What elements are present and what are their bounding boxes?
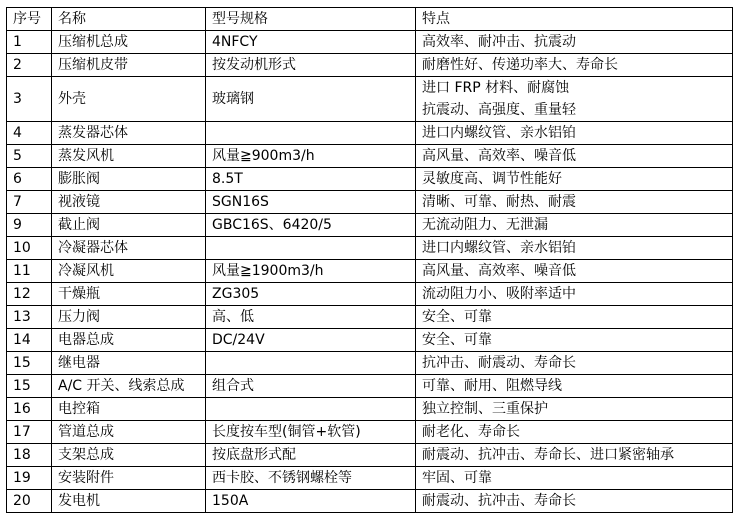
cell-no: 3 [7, 77, 52, 122]
cell-name: 电控箱 [52, 398, 206, 421]
table-row: 20发电机150A耐震动、抗冲击、寿命长 [7, 490, 733, 513]
feature-line: 可靠、耐用、阻燃导线 [422, 375, 728, 397]
column-header-no: 序号 [7, 8, 52, 31]
table-row: 1压缩机总成4NFCY高效率、耐冲击、抗震动 [7, 31, 733, 54]
cell-features: 进口 FRP 材料、耐腐蚀抗震动、高强度、重量轻 [416, 77, 733, 122]
cell-no: 4 [7, 122, 52, 145]
table-row: 19安装附件西卡胶、不锈钢螺栓等牢固、可靠 [7, 467, 733, 490]
feature-line: 进口内螺纹管、亲水铝铂 [422, 122, 728, 144]
table-row: 7视液镜SGN16S清晰、可靠、耐热、耐震 [7, 191, 733, 214]
cell-no: 2 [7, 54, 52, 77]
table-row: 15A/C 开关、线索总成组合式可靠、耐用、阻燃导线 [7, 375, 733, 398]
cell-spec [206, 237, 416, 260]
cell-no: 6 [7, 168, 52, 191]
cell-features: 清晰、可靠、耐热、耐震 [416, 191, 733, 214]
cell-features: 耐震动、抗冲击、寿命长、进口紧密轴承 [416, 444, 733, 467]
feature-line: 耐震动、抗冲击、寿命长、进口紧密轴承 [422, 444, 728, 466]
cell-features: 流动阻力小、吸附率适中 [416, 283, 733, 306]
cell-name: 蒸发器芯体 [52, 122, 206, 145]
parts-spec-document: 序号 名称 型号规格 特点 1压缩机总成4NFCY高效率、耐冲击、抗震动2压缩机… [6, 7, 733, 513]
column-header-spec: 型号规格 [206, 8, 416, 31]
feature-line: 耐老化、寿命长 [422, 421, 728, 443]
cell-name: 压力阀 [52, 306, 206, 329]
cell-spec: 组合式 [206, 375, 416, 398]
cell-no: 12 [7, 283, 52, 306]
cell-spec: 4NFCY [206, 31, 416, 54]
cell-no: 20 [7, 490, 52, 513]
table-row: 14电器总成DC/24V安全、可靠 [7, 329, 733, 352]
table-row: 5蒸发风机风量≧900m3/h高风量、高效率、噪音低 [7, 145, 733, 168]
cell-name: 冷凝器芯体 [52, 237, 206, 260]
feature-line: 进口内螺纹管、亲水铝铂 [422, 237, 728, 259]
cell-spec: GBC16S、6420/5 [206, 214, 416, 237]
feature-line: 独立控制、三重保护 [422, 398, 728, 420]
cell-features: 耐磨性好、传递功率大、寿命长 [416, 54, 733, 77]
cell-no: 5 [7, 145, 52, 168]
cell-features: 高效率、耐冲击、抗震动 [416, 31, 733, 54]
feature-line: 牢固、可靠 [422, 467, 728, 489]
feature-line: 安全、可靠 [422, 306, 728, 328]
cell-name: 发电机 [52, 490, 206, 513]
feature-line: 高风量、高效率、噪音低 [422, 260, 728, 282]
cell-spec [206, 352, 416, 375]
cell-features: 进口内螺纹管、亲水铝铂 [416, 122, 733, 145]
cell-features: 高风量、高效率、噪音低 [416, 145, 733, 168]
table-row: 2压缩机皮带按发动机形式耐磨性好、传递功率大、寿命长 [7, 54, 733, 77]
table-row: 4蒸发器芯体进口内螺纹管、亲水铝铂 [7, 122, 733, 145]
cell-features: 高风量、高效率、噪音低 [416, 260, 733, 283]
cell-name: 视液镜 [52, 191, 206, 214]
cell-name: A/C 开关、线索总成 [52, 375, 206, 398]
cell-name: 冷凝风机 [52, 260, 206, 283]
cell-no: 15 [7, 352, 52, 375]
table-row: 13压力阀高、低安全、可靠 [7, 306, 733, 329]
parts-spec-table: 序号 名称 型号规格 特点 1压缩机总成4NFCY高效率、耐冲击、抗震动2压缩机… [6, 7, 733, 513]
feature-line: 进口 FRP 材料、耐腐蚀 [422, 77, 728, 99]
cell-no: 18 [7, 444, 52, 467]
feature-line: 抗冲击、耐震动、寿命长 [422, 352, 728, 374]
table-row: 17管道总成长度按车型(铜管+软管)耐老化、寿命长 [7, 421, 733, 444]
cell-spec: 长度按车型(铜管+软管) [206, 421, 416, 444]
cell-no: 19 [7, 467, 52, 490]
cell-spec: 150A [206, 490, 416, 513]
cell-spec: 西卡胶、不锈钢螺栓等 [206, 467, 416, 490]
cell-no: 9 [7, 214, 52, 237]
cell-features: 灵敏度高、调节性能好 [416, 168, 733, 191]
cell-no: 14 [7, 329, 52, 352]
cell-name: 蒸发风机 [52, 145, 206, 168]
table-row: 11冷凝风机风量≧1900m3/h高风量、高效率、噪音低 [7, 260, 733, 283]
table-row: 12干燥瓶ZG305流动阻力小、吸附率适中 [7, 283, 733, 306]
cell-features: 牢固、可靠 [416, 467, 733, 490]
cell-features: 无流动阻力、无泄漏 [416, 214, 733, 237]
feature-line: 耐磨性好、传递功率大、寿命长 [422, 54, 728, 76]
feature-line: 高效率、耐冲击、抗震动 [422, 31, 728, 53]
cell-no: 13 [7, 306, 52, 329]
column-header-features: 特点 [416, 8, 733, 31]
header-row: 序号 名称 型号规格 特点 [7, 8, 733, 31]
cell-spec: 按发动机形式 [206, 54, 416, 77]
feature-line: 清晰、可靠、耐热、耐震 [422, 191, 728, 213]
cell-features: 可靠、耐用、阻燃导线 [416, 375, 733, 398]
cell-features: 耐震动、抗冲击、寿命长 [416, 490, 733, 513]
cell-no: 17 [7, 421, 52, 444]
cell-name: 支架总成 [52, 444, 206, 467]
cell-features: 独立控制、三重保护 [416, 398, 733, 421]
cell-features: 安全、可靠 [416, 306, 733, 329]
feature-line: 无流动阻力、无泄漏 [422, 214, 728, 236]
table-row: 6膨胀阀8.5T灵敏度高、调节性能好 [7, 168, 733, 191]
table-row: 3外壳玻璃钢进口 FRP 材料、耐腐蚀抗震动、高强度、重量轻 [7, 77, 733, 122]
table-row: 18支架总成按底盘形式配耐震动、抗冲击、寿命长、进口紧密轴承 [7, 444, 733, 467]
cell-spec [206, 122, 416, 145]
cell-name: 外壳 [52, 77, 206, 122]
cell-name: 压缩机皮带 [52, 54, 206, 77]
cell-spec: 玻璃钢 [206, 77, 416, 122]
cell-spec: 风量≧1900m3/h [206, 260, 416, 283]
cell-no: 10 [7, 237, 52, 260]
table-row: 10冷凝器芯体进口内螺纹管、亲水铝铂 [7, 237, 733, 260]
cell-name: 管道总成 [52, 421, 206, 444]
cell-name: 膨胀阀 [52, 168, 206, 191]
feature-line: 抗震动、高强度、重量轻 [422, 99, 728, 121]
feature-line: 流动阻力小、吸附率适中 [422, 283, 728, 305]
table-body: 1压缩机总成4NFCY高效率、耐冲击、抗震动2压缩机皮带按发动机形式耐磨性好、传… [7, 31, 733, 513]
cell-spec: SGN16S [206, 191, 416, 214]
cell-spec: 8.5T [206, 168, 416, 191]
cell-spec: DC/24V [206, 329, 416, 352]
cell-no: 16 [7, 398, 52, 421]
cell-name: 继电器 [52, 352, 206, 375]
cell-spec: 按底盘形式配 [206, 444, 416, 467]
feature-line: 灵敏度高、调节性能好 [422, 168, 728, 190]
table-row: 9截止阀GBC16S、6420/5无流动阻力、无泄漏 [7, 214, 733, 237]
feature-line: 安全、可靠 [422, 329, 728, 351]
cell-name: 压缩机总成 [52, 31, 206, 54]
cell-spec [206, 398, 416, 421]
feature-line: 耐震动、抗冲击、寿命长 [422, 490, 728, 512]
feature-line: 高风量、高效率、噪音低 [422, 145, 728, 167]
cell-no: 15 [7, 375, 52, 398]
cell-name: 电器总成 [52, 329, 206, 352]
cell-spec: ZG305 [206, 283, 416, 306]
table-row: 15继电器抗冲击、耐震动、寿命长 [7, 352, 733, 375]
cell-no: 7 [7, 191, 52, 214]
cell-name: 截止阀 [52, 214, 206, 237]
column-header-name: 名称 [52, 8, 206, 31]
cell-no: 1 [7, 31, 52, 54]
cell-spec: 风量≧900m3/h [206, 145, 416, 168]
cell-no: 11 [7, 260, 52, 283]
cell-features: 进口内螺纹管、亲水铝铂 [416, 237, 733, 260]
cell-spec: 高、低 [206, 306, 416, 329]
cell-name: 干燥瓶 [52, 283, 206, 306]
cell-features: 抗冲击、耐震动、寿命长 [416, 352, 733, 375]
cell-features: 安全、可靠 [416, 329, 733, 352]
cell-name: 安装附件 [52, 467, 206, 490]
table-row: 16电控箱独立控制、三重保护 [7, 398, 733, 421]
cell-features: 耐老化、寿命长 [416, 421, 733, 444]
